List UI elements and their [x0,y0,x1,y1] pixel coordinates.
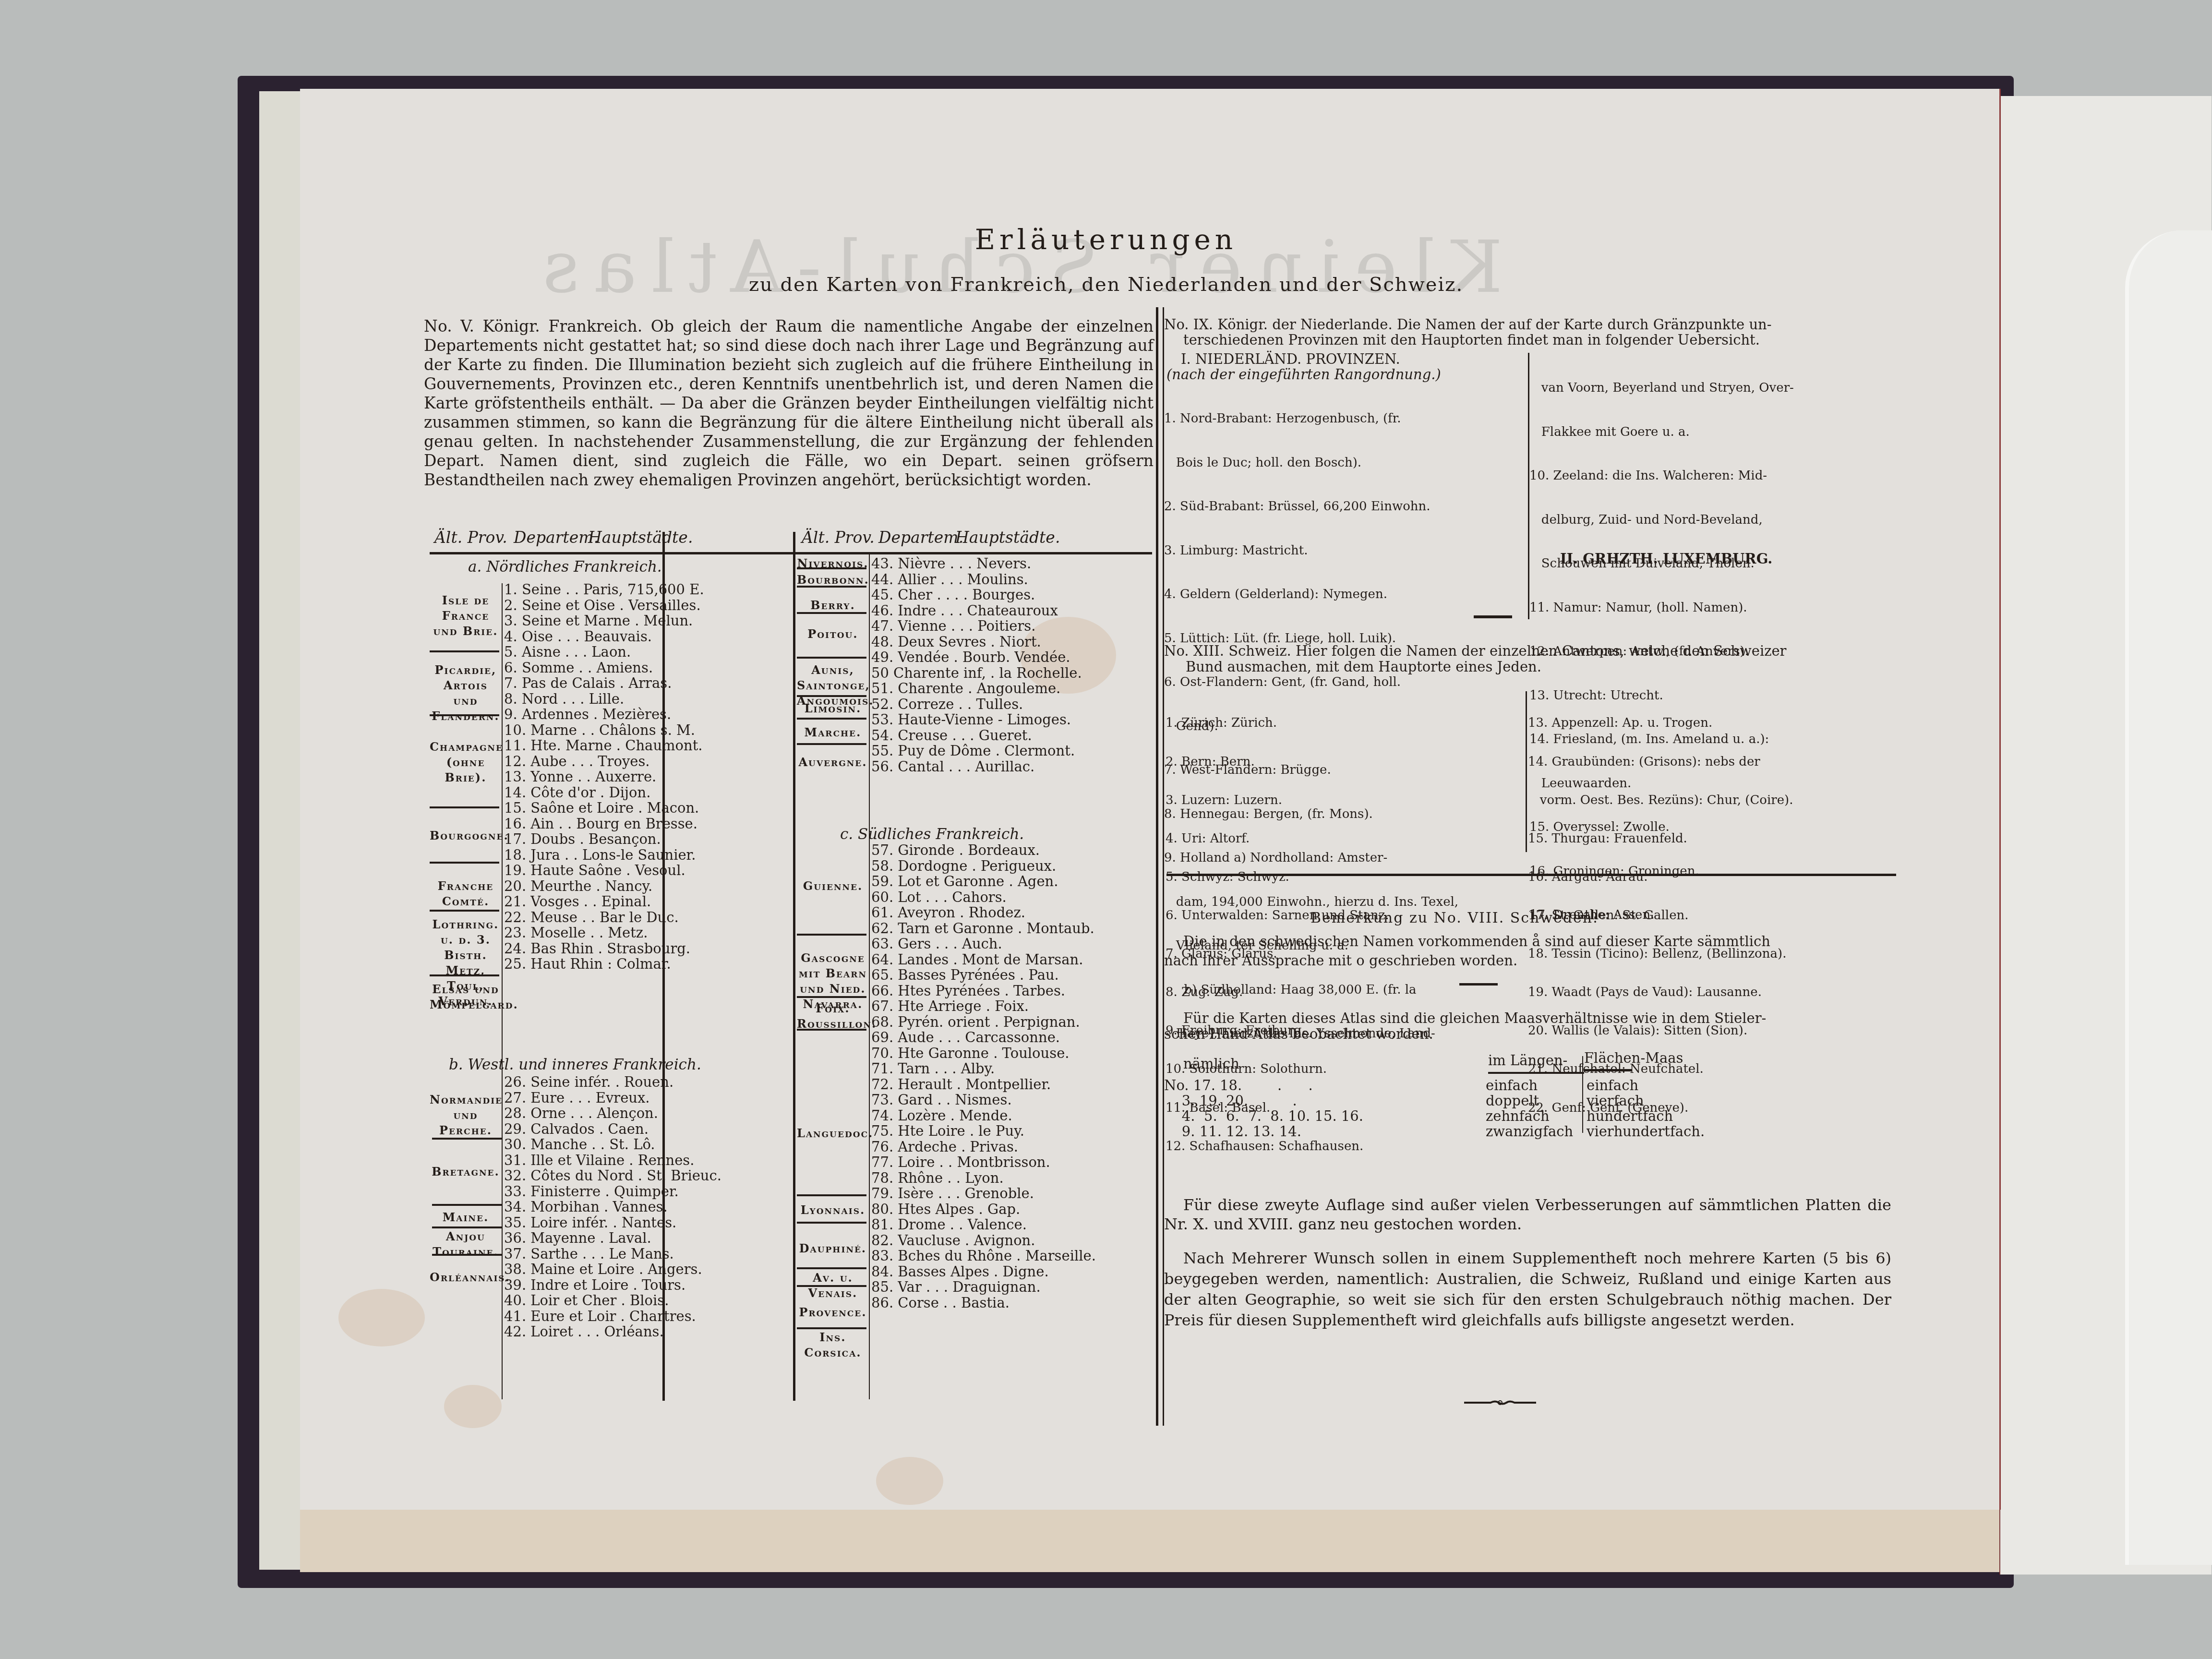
department-row: 76. Ardeche . Privas. [871,1139,1096,1155]
switzerland-intro-2: Bund ausmachen, mit dem Hauptorte eines … [1186,659,1541,674]
scale-row: No. 17. 18. . . einfach einfach [1164,1078,1709,1093]
list-item: 5. Schwyz: Schwyz. [1166,871,1389,884]
switzerland-intro-1: No. XIII. Schweiz. Hier folgen die Namen… [1164,643,1786,659]
list-item: delburg, Zuid- und Nord-Beveland, [1529,513,1794,528]
department-row: 23. Moselle . . Metz. [504,925,704,941]
department-list-4: 57. Gironde . Bordeaux. 58. Dordogne . P… [871,842,1096,1310]
department-row: 85. Var . . . Draguignan. [871,1279,1096,1295]
province-label: Auvergne. [797,755,869,770]
province-separator [432,1226,502,1228]
province-separator [430,910,499,912]
scale-header-area: Flächen-Maas [1584,1050,1683,1066]
netherlands-heading-1-sub: (nach der eingeführten Rangordnung.) [1166,367,1441,382]
department-row: 69. Aude . . . Carcassonne. [871,1030,1096,1046]
department-row: 1. Seine . . Paris, 715,600 E. [504,582,704,598]
department-row: 18. Jura . . Lons-le Saunier. [504,847,704,863]
ornament-icon [1464,1399,1536,1406]
section-divider [1474,615,1512,618]
netherlands-intro-1: No. IX. Königr. der Niederlande. Die Nam… [1164,317,1772,332]
department-row: 7. Pas de Calais . Arras. [504,675,704,691]
province-separator [797,657,866,659]
list-item: 8. Zug: Zug. [1166,986,1389,999]
list-item: 19. Waadt (Pays de Vaud): Lausanne. [1528,986,1793,999]
scale-table: No. 17. 18. . . einfach einfach 3. 19. 2… [1164,1078,1709,1139]
scale-maps: No. 17. 18. . . [1164,1078,1486,1093]
province-separator [797,1267,866,1269]
list-item: 15. Thurgau: Frauenfeld. [1528,832,1793,845]
page-bottom-margin [300,1510,1999,1572]
department-row: 4. Oise . . . Beauvais. [504,629,704,645]
list-item: 4. Uri: Altorf. [1166,832,1389,845]
department-row: 26. Seine infér. . Rouen. [504,1074,721,1090]
department-row: 13. Yonne . . Auxerre. [504,769,704,785]
province-separator [797,996,866,998]
department-row: 30. Manche . . St. Lô. [504,1137,721,1153]
department-row: 45. Cher . . . . Bourges. [871,587,1082,603]
department-row: 38. Maine et Loire . Angers. [504,1262,721,1277]
list-item: 6. Ost-Flandern: Gent, (fr. Gand, holl. [1164,675,1458,690]
department-row: 40. Loir et Cher . Blois. [504,1293,721,1309]
department-row: 68. Pyrén. orient . Perpignan. [871,1014,1096,1030]
province-label: Bourgogne. [430,828,502,843]
list-item: 18. Tessin (Ticino): Bellenz, (Bellinzon… [1528,948,1793,961]
department-row: 49. Vendée . Bourb. Vendée. [871,649,1082,665]
department-row: 9. Ardennes . Mezières. [504,707,704,722]
department-row: 3. Seine et Marne . Melun. [504,613,704,629]
header-departem: Departem. [514,528,599,547]
list-item: Bois le Duc; holl. den Bosch). [1164,456,1458,470]
province-separator [430,650,499,652]
department-row: 17. Doubs . Besançon. [504,831,704,847]
department-row: 51. Charente . Angouleme. [871,681,1082,697]
department-row: 48. Deux Sevres . Niort. [871,634,1082,650]
header-hauptstaedte-2: Hauptstädte. [955,528,1060,547]
department-row: 43. Nièvre . . . Nevers. [871,556,1082,572]
page-subtitle: zu den Karten von Frankreich, den Nieder… [0,274,2212,296]
department-row: 19. Haute Saône . Vesoul. [504,863,704,878]
section-c-label: c. Südliches Frankreich. [840,826,1024,843]
department-row: 24. Bas Rhin . Strasbourg. [504,941,704,957]
province-label: Guienne. [797,878,869,894]
province-separator [797,718,866,720]
department-row: 57. Gironde . Bordeaux. [871,842,1096,858]
department-row: 81. Drome . . Valence. [871,1217,1096,1233]
province-label: Normandie und Perche. [430,1092,502,1138]
scale-length: einfach [1486,1078,1587,1093]
scale-area: vierhundertfach. [1587,1124,1709,1139]
department-row: 52. Correze . . Tulles. [871,697,1082,712]
department-row: 65. Basses Pyrénées . Pau. [871,967,1096,983]
department-row: 77. Loire . . Montbrisson. [871,1154,1096,1170]
department-row: 41. Eure et Loir . Chartres. [504,1309,721,1324]
list-item: 14. Graubünden: (Grisons): nebs der [1528,756,1793,769]
province-label: Bretagne. [430,1164,502,1179]
section-a-label: a. Nördliches Frankreich. [468,558,662,576]
sweden-note-text-2: nach ihrer Aussprache mit o geschrieben … [1164,953,1517,968]
endpaper-fold [2125,230,2212,1565]
department-row: 32. Côtes du Nord . St. Brieuc. [504,1168,721,1184]
scale-length: doppelt [1486,1093,1587,1108]
department-row: 82. Vaucluse . Avignon. [871,1233,1096,1249]
scale-area: einfach [1587,1078,1709,1093]
column-divider [793,532,795,1401]
province-separator [797,934,866,936]
department-row: 12. Aube . . . Troyes. [504,754,704,769]
department-list-2: 26. Seine infér. . Rouen. 27. Eure . . .… [504,1074,721,1340]
province-separator [797,1285,866,1287]
scale-note-label: nämlich [1183,1056,1239,1071]
scale-length: zehnfach [1486,1108,1587,1124]
list-item: 2. Süd-Brabant: Brüssel, 66,200 Einwohn. [1164,499,1458,514]
list-item: 2. Bern: Bern. [1166,756,1389,769]
scale-maps: 4. 5. 6. 7. 8. 10. 15. 16. [1164,1108,1486,1124]
department-row: 75. Hte Loire . le Puy. [871,1123,1096,1139]
right-endpaper [1999,96,2212,1575]
province-separator [430,862,499,864]
province-label: Ins. Corsica. [797,1330,869,1360]
section-b-label: b. Westl. und inneres Frankreich. [449,1056,701,1073]
department-row: 20. Meurthe . Nancy. [504,878,704,894]
department-row: 34. Morbihan . Vannes. [504,1199,721,1215]
department-list-1: 1. Seine . . Paris, 715,600 E. 2. Seine … [504,582,704,972]
list-item: 1. Zürich: Zürich. [1166,717,1389,730]
department-row: 58. Dordogne . Perigueux. [871,858,1096,874]
province-separator [797,1327,866,1329]
province-label: Berry. [797,598,869,613]
department-row: 37. Sarthe . . . Le Mans. [504,1246,721,1262]
department-row: 86. Corse . . Bastia. [871,1295,1096,1311]
department-row: 47. Vienne . . . Poitiers. [871,618,1082,634]
department-row: 61. Aveyron . Rhodez. [871,905,1096,921]
province-separator [430,714,499,716]
department-row: 6. Somme . . Amiens. [504,660,704,676]
department-row: 25. Haut Rhin : Colmar. [504,956,704,972]
province-label: Foix. Roussillon. [797,1001,869,1032]
province-separator [797,586,866,588]
province-separator [797,1029,866,1031]
department-row: 46. Indre . . . Chateauroux [871,603,1082,619]
scale-maps: 3. 19. 20. . [1164,1093,1486,1108]
department-row: 22. Meuse . . Bar le Duc. [504,910,704,926]
department-row: 73. Gard . . Nismes. [871,1092,1096,1108]
scale-area: hundertfach [1587,1108,1709,1124]
department-row: 62. Tarn et Garonne . Montaub. [871,921,1096,937]
department-row: 56. Cantal . . . Aurillac. [871,759,1082,775]
header-alt-prov-2: Ält. Prov. [802,528,875,547]
list-item: 3. Luzern: Luzern. [1166,794,1389,807]
france-intro: No. V. Königr. Frankreich. Ob gleich der… [424,317,1154,490]
scale-row: 3. 19. 20. . doppelt vierfach [1164,1093,1709,1108]
province-label: Marche. [797,725,869,740]
department-row: 50 Charente inf, . la Rochelle. [871,665,1082,681]
province-separator [797,743,866,745]
netherlands-intro-2: terschiedenen Provinzen mit den Hauptort… [1183,332,1760,348]
province-separator [432,1254,502,1256]
province-separator [797,567,866,569]
department-row: 53. Haute-Vienne - Limoges. [871,712,1082,728]
scale-length: zwanzigfach [1486,1124,1587,1139]
province-label: Isle de France und Brie. [430,593,502,639]
department-row: 21. Vosges . . Epinal. [504,894,704,910]
netherlands-heading-1: I. NIEDERLÄND. PROVINZEN. [1181,351,1400,367]
department-row: 35. Loire infér. . Nantes. [504,1215,721,1231]
department-row: 54. Creuse . . . Gueret. [871,728,1082,744]
header-hauptstaedte: Hauptstädte. [588,528,693,547]
luxemburg-heading: II. GRHZTH. LUXEMBURG. [1560,551,1772,566]
province-label: Languedoc. [797,1126,869,1141]
list-item: 16. Aargau: Aarau. [1528,871,1793,884]
list-item: Flakkee mit Goere u. a. [1529,425,1794,440]
department-list-3: 43. Nièvre . . . Nevers. 44. Allier . . … [871,556,1082,774]
department-row: 59. Lot et Garonne . Agen. [871,874,1096,890]
department-row: 33. Finisterre . Quimper. [504,1184,721,1200]
cantons-divider [1526,691,1527,852]
province-label: Limosin. [797,701,869,716]
department-row: 42. Loiret . . . Orléans. [504,1324,721,1340]
main-column-divider [1156,307,1158,1426]
scale-row: 4. 5. 6. 7. 8. 10. 15. 16. zehnfach hund… [1164,1108,1709,1124]
list-item: vorm. Oest. Bes. Rezüns): Chur, (Coire). [1528,794,1793,807]
department-row: 84. Basses Alpes . Digne. [871,1264,1096,1280]
department-row: 63. Gers . . . Auch. [871,936,1096,952]
department-row: 55. Puy de Dôme . Clermont. [871,743,1082,759]
province-separator [430,974,499,976]
list-item: 3. Limburg: Mastricht. [1164,543,1458,558]
list-item: 20. Wallis (le Valais): Sitten (Sion). [1528,1024,1793,1037]
department-row: 28. Orne . . . Alençon. [504,1106,721,1121]
department-row: 80. Htes Alpes . Gap. [871,1202,1096,1217]
list-item: 13. Appenzell: Ap. u. Trogen. [1528,717,1793,730]
department-row: 14. Côte d'or . Dijon. [504,785,704,801]
province-label: Dauphiné. [797,1241,869,1256]
sweden-note-heading: Bemerkung zu No. VIII. Schweden: [1310,910,1599,926]
province-separator [432,1138,502,1140]
department-row: 78. Rhône . . Lyon. [871,1170,1096,1186]
department-row: 5. Aisne . . . Laon. [504,644,704,660]
province-separator [797,695,866,697]
province-separator [430,806,499,808]
province-separator [797,612,866,614]
province-label: Maine. [430,1210,502,1225]
scale-note-text-2: schen Hand-Atlas beobachtet worden. [1164,1026,1433,1042]
sweden-note-text-1: Die in den schwedischen Namen vorkommend… [1183,934,1770,949]
province-label: Lyonnais. [797,1202,869,1218]
department-row: 31. Ille et Vilaine . Rennes. [504,1153,721,1168]
scale-note-text-1: Für die Karten dieses Atlas sind die gle… [1183,1010,1766,1026]
province-label: Champagne (ohne Brie). [430,739,502,785]
department-row: 15. Saône et Loire . Macon. [504,800,704,816]
department-row: 66. Htes Pyrénées . Tarbes. [871,983,1096,999]
table-header-rule [430,552,1152,554]
scale-area: vierfach [1587,1093,1709,1108]
section-divider [1459,983,1498,986]
list-item: 10. Zeeland: die Ins. Walcheren: Mid- [1529,469,1794,483]
province-label: Elsas und Mömpelgard. [430,982,502,1012]
supplement-note: Nach Mehrerer Wunsch sollen in einem Sup… [1164,1248,1891,1331]
department-row: 11. Hte. Marne . Chaumont. [504,738,704,754]
department-row: 67. Hte Arriege . Foix. [871,998,1096,1014]
department-row: 44. Allier . . . Moulins. [871,572,1082,588]
department-row: 36. Mayenne . Laval. [504,1230,721,1246]
department-row: 60. Lot . . . Cahors. [871,890,1096,905]
header-departem-2: Departem. [878,528,963,547]
scale-maps: 9. 11. 12. 13. 14. [1164,1124,1486,1139]
department-row: 83. Bches du Rhône . Marseille. [871,1248,1096,1264]
province-label: Poitou. [797,626,869,642]
province-label: Provence. [797,1305,869,1320]
department-row: 71. Tarn . . . Alby. [871,1061,1096,1077]
foxing-stain [338,1289,425,1346]
list-item: 4. Geldern (Gelderland): Nymegen. [1164,587,1458,602]
scale-row: 9. 11. 12. 13. 14. zwanzigfach vierhunde… [1164,1124,1709,1139]
department-row: 64. Landes . Mont de Marsan. [871,952,1096,968]
department-row: 2. Seine et Oise . Versailles. [504,598,704,613]
province-separator [432,1204,502,1206]
list-item: 12. Schafhausen: Schafhausen. [1166,1140,1389,1153]
foxing-stain [876,1457,943,1505]
list-item: 11. Namur: Namur, (holl. Namen). [1529,601,1794,615]
department-row: 79. Isère . . . Grenoble. [871,1186,1096,1202]
province-separator [797,1194,866,1196]
department-row: 29. Calvados . Caen. [504,1121,721,1137]
department-row: 72. Herault . Montpellier. [871,1077,1096,1093]
list-item: 1. Nord-Brabant: Herzogenbusch, (fr. [1164,411,1458,426]
province-separator [797,1222,866,1224]
scale-header-rule [1584,1069,1632,1071]
list-item: van Voorn, Beyerland und Stryen, Over- [1529,381,1794,396]
department-row: 16. Ain . . Bourg en Bresse. [504,816,704,832]
department-row: 10. Marne . . Châlons s. M. [504,722,704,738]
department-row: 27. Eure . . . Evreux. [504,1090,721,1106]
header-alt-prov: Ält. Prov. [434,528,507,547]
page-title: Erläuterungen [0,223,2212,256]
edition-note: Für diese zweyte Auflage sind außer viel… [1164,1195,1891,1234]
department-row: 70. Hte Garonne . Toulouse. [871,1046,1096,1061]
foxing-stain [444,1385,502,1428]
section-divider [1166,874,1896,876]
department-row: 39. Indre et Loire . Tours. [504,1277,721,1293]
province-label: Franche Comté. [430,878,502,909]
province-label: Orléannais. [430,1270,502,1285]
scale-header-length: im Längen- [1488,1053,1567,1068]
department-row: 8. Nord . . . Lille. [504,691,704,707]
department-row: 74. Lozère . Mende. [871,1108,1096,1124]
scale-header-rule [1488,1072,1584,1074]
